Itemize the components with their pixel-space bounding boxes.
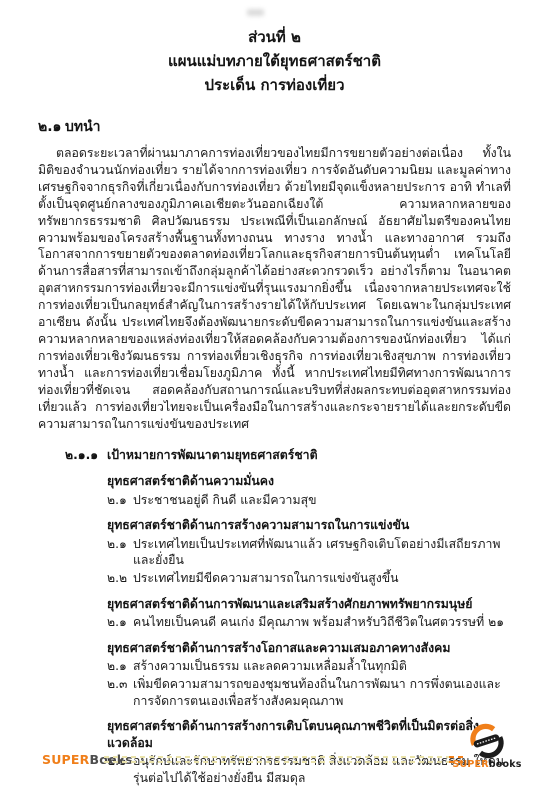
- item-number: ๒.๓: [107, 676, 133, 709]
- item-number: ๒.๑: [107, 492, 133, 509]
- dashed-separator: [104, 756, 449, 763]
- strategy-group-human-capital: ยุทธศาสตร์ชาติด้านการพัฒนาและเสริมสร้างศ…: [107, 596, 511, 631]
- item-text: ประชาชนอยู่ดี กินดี และมีความสุข: [133, 492, 511, 509]
- section-title: บทนำ: [65, 119, 101, 135]
- brand-super: SUPER: [452, 759, 488, 770]
- item-number: ๒.๒: [107, 570, 133, 587]
- document-title: ส่วนที่ ๒ แผนแม่บทภายใต้ยุทธศาสตร์ชาติ ป…: [0, 0, 549, 97]
- strategy-group-competitiveness: ยุทธศาสตร์ชาติด้านการสร้างความสามารถในกา…: [107, 517, 511, 586]
- superbooks-wordmark-right: SUPERbooks: [451, 759, 523, 770]
- scan-artifact: [247, 9, 264, 16]
- subsection-title: เป้าหมายการพัฒนาตามยุทธศาสตร์ชาติ: [107, 447, 318, 464]
- subsection-number: ๒.๑.๑: [65, 447, 107, 464]
- page-footer: SUPERBooks SUPERbooks: [0, 714, 549, 770]
- brand-super: SUPER: [42, 752, 89, 767]
- intro-paragraph: ตลอดระยะเวลาที่ผ่านมาภาคการท่องเที่ยวของ…: [38, 145, 511, 432]
- title-line-topic: ประเด็น การท่องเที่ยว: [0, 73, 549, 97]
- superbooks-logo: SUPERbooks: [451, 723, 523, 770]
- list-item: ๒.๑ คนไทยเป็นคนดี คนเก่ง มีคุณภาพ พร้อมส…: [107, 614, 511, 631]
- superbooks-swirl-icon: [468, 723, 506, 759]
- section-number: ๒.๑: [38, 116, 65, 138]
- section-heading: ๒.๑บทนำ: [38, 116, 511, 138]
- item-number: ๒.๑: [107, 658, 133, 675]
- list-item: ๒.๓ เพิ่มขีดความสามารถของชุมชนท้องถิ่นใน…: [107, 676, 511, 709]
- strategy-group-security: ยุทธศาสตร์ชาติด้านความมั่นคง ๒.๑ ประชาชน…: [107, 473, 511, 508]
- brand-books: books: [489, 759, 522, 770]
- group-heading: ยุทธศาสตร์ชาติด้านความมั่นคง: [107, 473, 511, 490]
- title-line-plan: แผนแม่บทภายใต้ยุทธศาสตร์ชาติ: [0, 49, 549, 73]
- item-text: ประเทศไทยมีขีดความสามารถในการแข่งขันสูงข…: [133, 570, 511, 587]
- list-item: ๒.๑ สร้างความเป็นธรรม และลดความเหลื่อมล้…: [107, 658, 511, 675]
- group-heading: ยุทธศาสตร์ชาติด้านการพัฒนาและเสริมสร้างศ…: [107, 596, 511, 613]
- group-heading: ยุทธศาสตร์ชาติด้านการสร้างความสามารถในกา…: [107, 517, 511, 534]
- list-item: ๒.๑ ประชาชนอยู่ดี กินดี และมีความสุข: [107, 492, 511, 509]
- document-page: ส่วนที่ ๒ แผนแม่บทภายใต้ยุทธศาสตร์ชาติ ป…: [0, 0, 549, 786]
- list-item: ๒.๑ ประเทศไทยเป็นประเทศที่พัฒนาแล้ว เศรษ…: [107, 536, 511, 569]
- strategy-group-social-equality: ยุทธศาสตร์ชาติด้านการสร้างโอกาสและความเส…: [107, 640, 511, 709]
- list-item: ๒.๒ ประเทศไทยมีขีดความสามารถในการแข่งขัน…: [107, 570, 511, 587]
- item-text: สร้างความเป็นธรรม และลดความเหลื่อมล้ำในท…: [133, 658, 511, 675]
- item-text: คนไทยเป็นคนดี คนเก่ง มีคุณภาพ พร้อมสำหรั…: [133, 614, 511, 631]
- title-line-part: ส่วนที่ ๒: [0, 25, 549, 49]
- group-heading: ยุทธศาสตร์ชาติด้านการสร้างโอกาสและความเส…: [107, 640, 511, 657]
- item-text: ประเทศไทยเป็นประเทศที่พัฒนาแล้ว เศรษฐกิจ…: [133, 536, 511, 569]
- subsection-heading: ๒.๑.๑ เป้าหมายการพัฒนาตามยุทธศาสตร์ชาติ: [65, 447, 511, 464]
- item-number: ๒.๑: [107, 536, 133, 569]
- item-text: เพิ่มขีดความสามารถของชุมชนท้องถิ่นในการพ…: [133, 676, 511, 709]
- item-number: ๒.๑: [107, 614, 133, 631]
